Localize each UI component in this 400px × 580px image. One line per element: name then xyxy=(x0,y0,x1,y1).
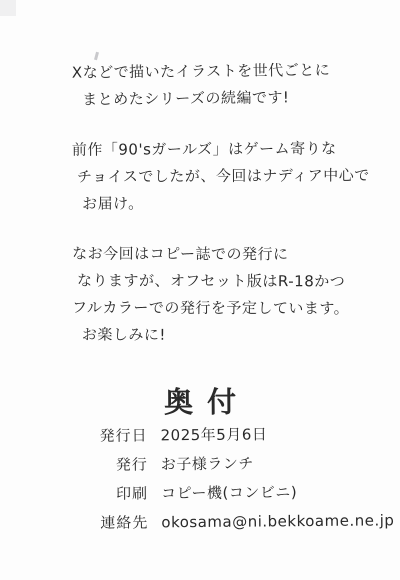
handwritten-line: Xなどで描いたイラストを世代ごとに xyxy=(72,56,380,86)
colophon-row-publish-date: 発行日 2025年5月6日 xyxy=(0,422,400,454)
colophon-row-label: 発行日 xyxy=(0,424,148,446)
colophon-row-label: 連絡先 xyxy=(0,511,148,533)
colophon-title: 奥付 xyxy=(0,379,400,423)
colophon-row-value: お子様ランチ xyxy=(161,453,254,475)
afterword-paragraph-3: なお今回はコピー誌での発行に なりますが、オフセット版はR-18かつ フルカラー… xyxy=(72,240,380,349)
afterword-text: Xなどで描いたイラストを世代ごとに まとめたシリーズの続編です! 前作「90's… xyxy=(72,58,380,373)
scanned-page: Xなどで描いたイラストを世代ごとに まとめたシリーズの続編です! 前作「90's… xyxy=(0,0,400,580)
colophon-row-contact: 連絡先 okosama@ni.bekkoame.ne.jp xyxy=(0,509,400,541)
handwritten-line: 前作「90'sガールズ」はゲーム寄りな xyxy=(72,135,380,164)
colophon-row-value: okosama@ni.bekkoame.ne.jp xyxy=(161,511,394,531)
colophon-row-value: 2025年5月6日 xyxy=(160,423,267,445)
colophon-row-label: 発行 xyxy=(0,453,148,475)
handwritten-line: チョイスでしたが、今回はナディア中心で xyxy=(72,162,380,191)
handwritten-line: なりますが、オフセット版はR-18かつ xyxy=(72,267,380,295)
colophon-row-value: コピー機(コンビニ) xyxy=(161,481,297,503)
handwritten-line: まとめたシリーズの続編です! xyxy=(72,83,380,113)
handwritten-line: フルカラーでの発行を予定しています。 xyxy=(72,294,380,322)
colophon-table: 発行日 2025年5月6日 発行 お子様ランチ 印刷 コピー機(コンビニ) 連絡… xyxy=(0,422,400,541)
handwritten-line: お届け。 xyxy=(72,189,380,218)
handwritten-line: お楽しみに! xyxy=(72,321,380,349)
scan-corner-artifact xyxy=(0,0,16,16)
colophon-row-label: 印刷 xyxy=(0,482,148,504)
handwritten-line: なお今回はコピー誌での発行に xyxy=(72,240,380,268)
colophon-row-printing: 印刷 コピー機(コンビニ) xyxy=(0,480,400,512)
afterword-paragraph-1: Xなどで描いたイラストを世代ごとに まとめたシリーズの続編です! xyxy=(72,56,381,113)
colophon-row-publisher: 発行 お子様ランチ xyxy=(0,451,400,483)
afterword-paragraph-2: 前作「90'sガールズ」はゲーム寄りな チョイスでしたが、今回はナディア中心で … xyxy=(72,135,380,218)
